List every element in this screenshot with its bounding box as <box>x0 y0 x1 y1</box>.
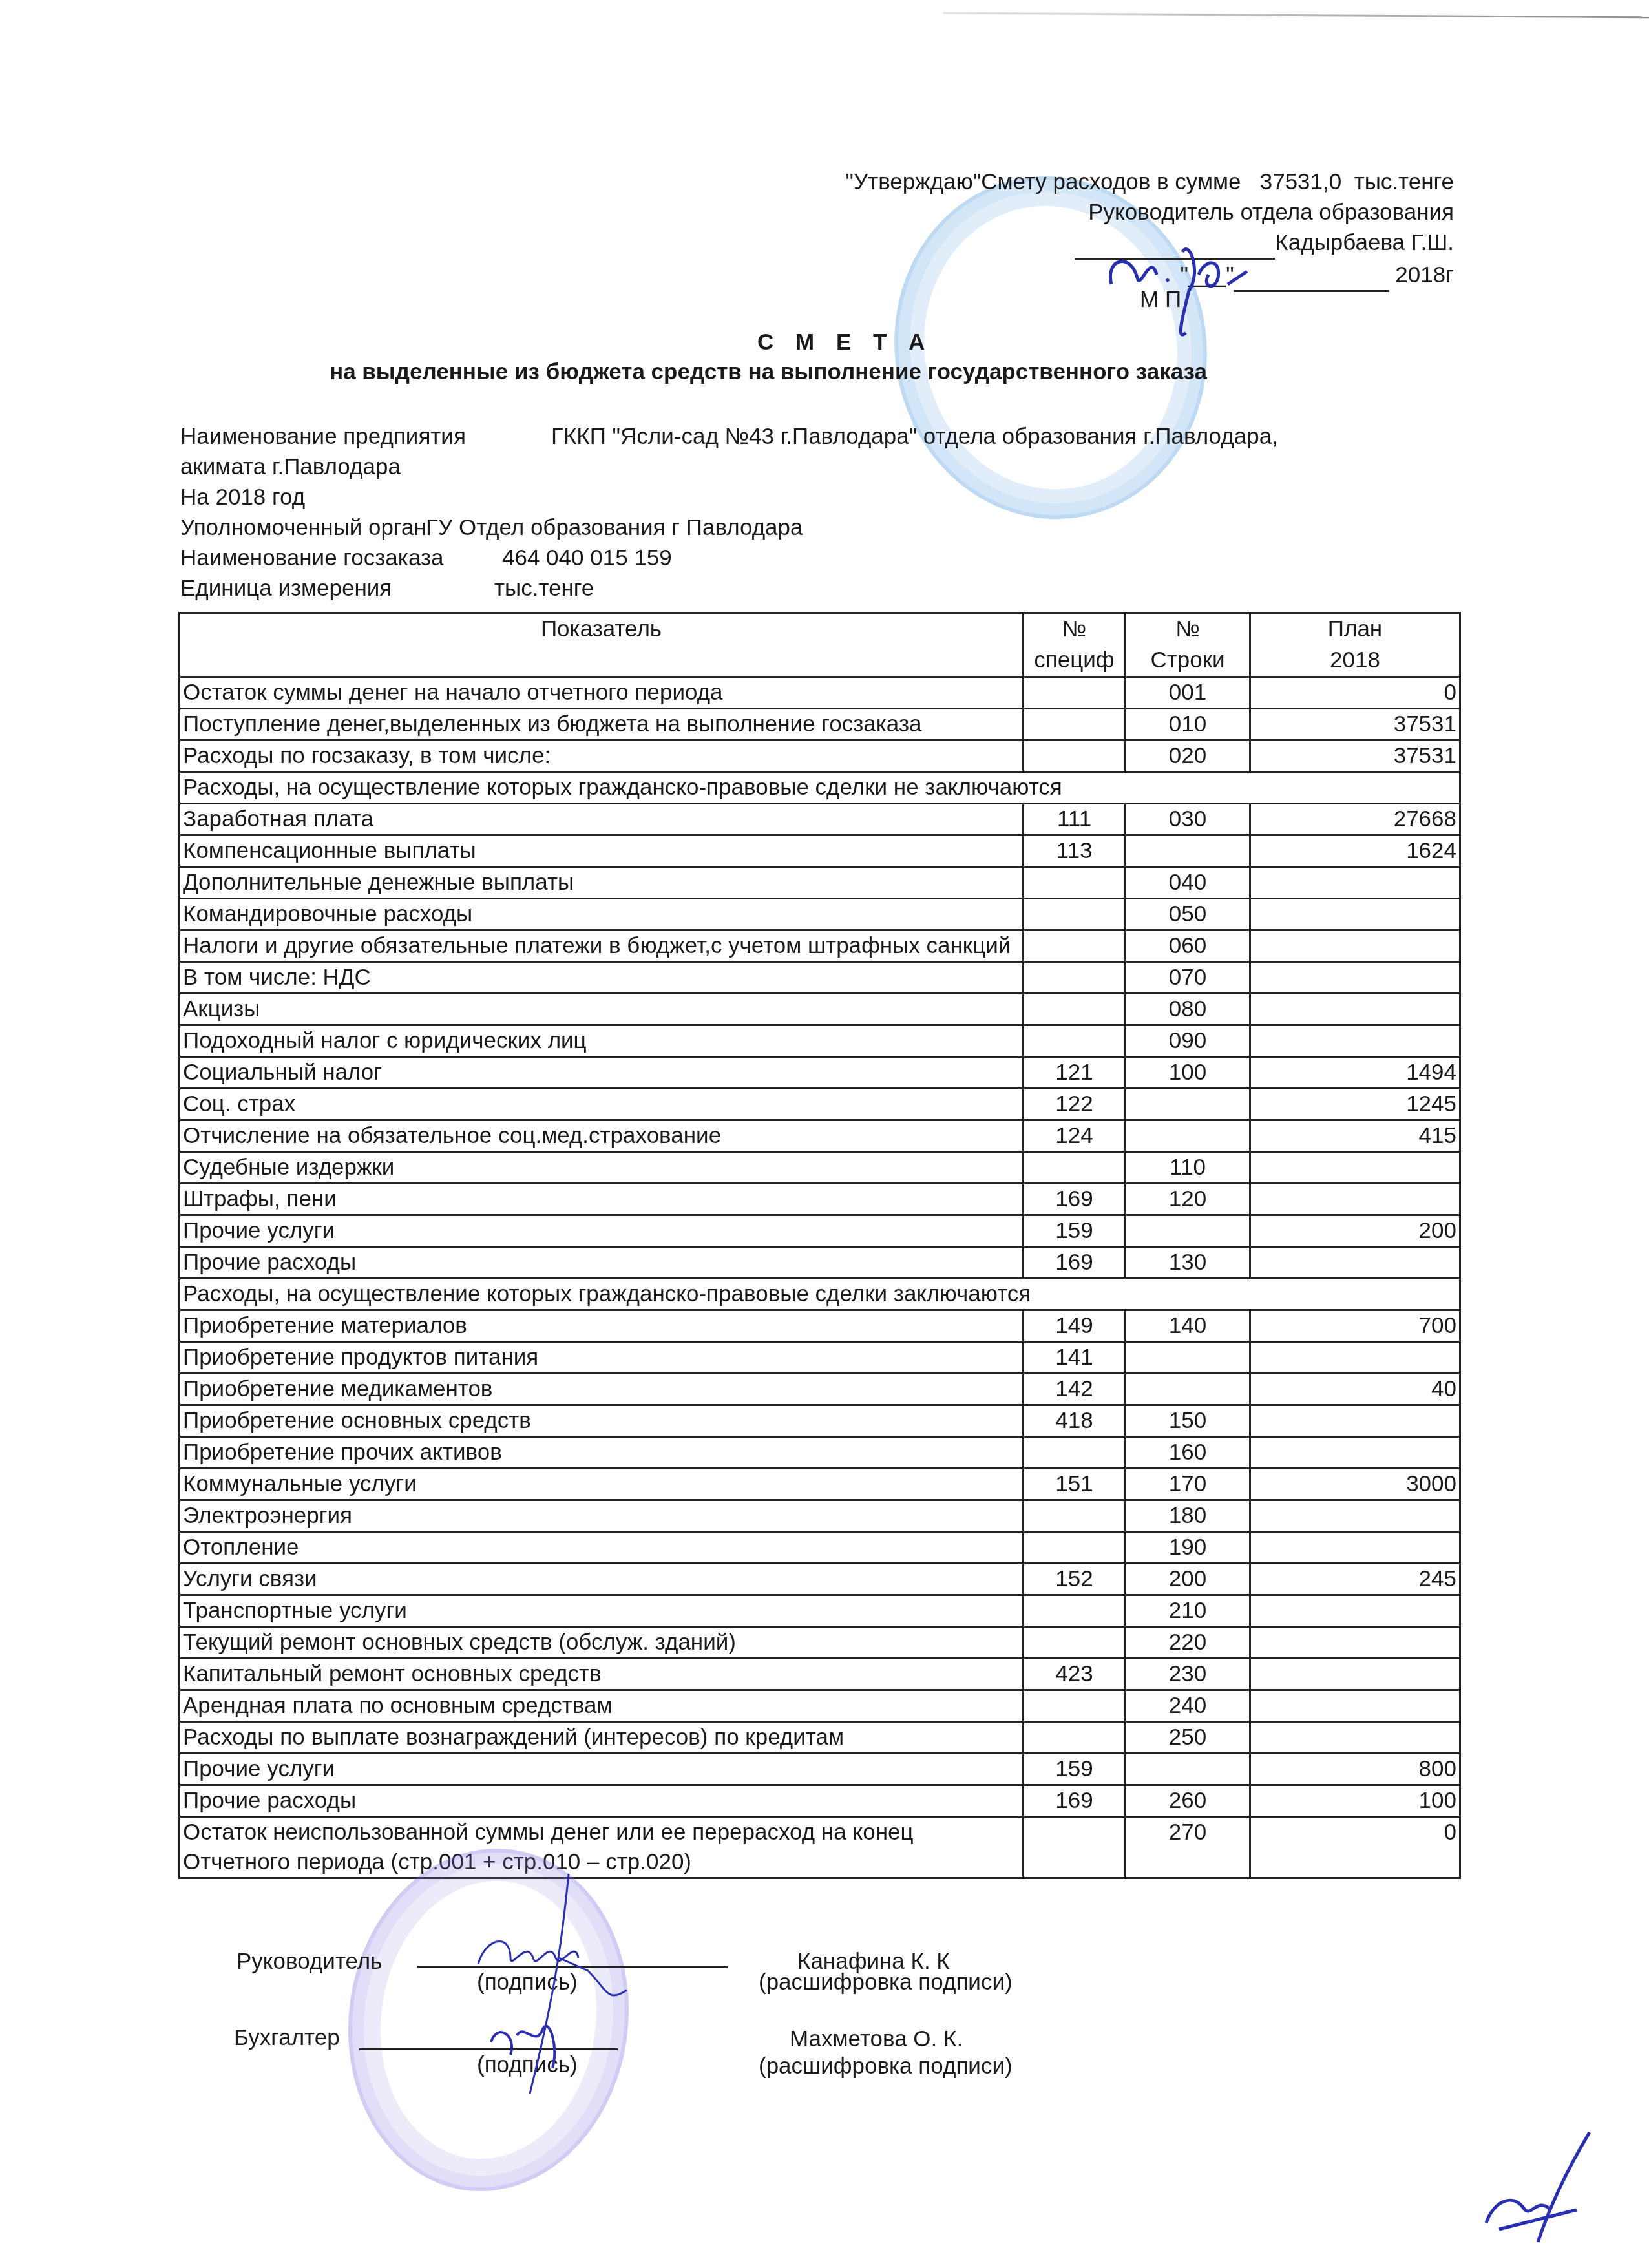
row-indicator: Соц. страх <box>180 1089 1024 1120</box>
row-indicator: В том числе: НДС <box>180 962 1024 994</box>
row-spec-number: 149 <box>1024 1310 1126 1342</box>
budget-table: Показатель №специф №Строки План2018 Оста… <box>178 612 1461 1879</box>
row-plan-value <box>1250 1722 1460 1754</box>
row-indicator: Судебные издержки <box>180 1152 1024 1184</box>
header-plan-top: План <box>1328 616 1382 642</box>
row-plan-value <box>1250 1152 1460 1184</box>
head-signature-note: (подпись) <box>477 1969 578 1995</box>
row-spec-number: 152 <box>1024 1564 1126 1595</box>
table-row: Налоги и другие обязательные платежи в б… <box>180 930 1460 962</box>
approver-signature-line <box>1075 227 1275 260</box>
row-plan-value: 245 <box>1250 1564 1460 1595</box>
accountant-name: Махметова О. К. <box>790 2026 963 2052</box>
order-value: 464 040 015 159 <box>502 543 672 573</box>
row-spec-number <box>1024 677 1126 709</box>
table-row: Коммунальные услуги1511703000 <box>180 1469 1460 1500</box>
row-indicator: Приобретение медикаментов <box>180 1374 1024 1405</box>
table-row: Приобретение продуктов питания141 <box>180 1342 1460 1374</box>
table-row: Акцизы080 <box>180 994 1460 1025</box>
row-spec-number <box>1024 867 1126 899</box>
row-line-number: 260 <box>1126 1785 1250 1817</box>
row-spec-number: 159 <box>1024 1215 1126 1247</box>
official-stamp-bottom <box>326 1831 651 2210</box>
row-spec-number <box>1024 1722 1126 1754</box>
row-spec-number: 169 <box>1024 1785 1126 1817</box>
row-line-number <box>1126 1374 1250 1405</box>
row-indicator: Штрафы, пени <box>180 1184 1024 1215</box>
row-plan-value <box>1250 1342 1460 1374</box>
table-row: Соц. страх1221245 <box>180 1089 1460 1120</box>
row-indicator: Приобретение основных средств <box>180 1405 1024 1437</box>
table-row: Электроэнергия180 <box>180 1500 1460 1532</box>
section-title: Расходы, на осуществление которых гражда… <box>180 772 1460 804</box>
enterprise-label: Наименование предпиятия <box>180 421 551 452</box>
row-indicator: Компенсационные выплаты <box>180 835 1024 867</box>
row-indicator: Отчисление на обязательное соц.мед.страх… <box>180 1120 1024 1152</box>
row-line-number: 270 <box>1126 1817 1250 1878</box>
row-line-number: 010 <box>1126 709 1250 740</box>
header-indicator-label: Показатель <box>541 616 662 642</box>
header-plan: План2018 <box>1250 613 1460 677</box>
row-indicator: Прочие расходы <box>180 1785 1024 1817</box>
row-plan-value <box>1250 1659 1460 1690</box>
row-spec-number <box>1024 994 1126 1025</box>
table-row: Расходы по выплате вознаграждений (интер… <box>180 1722 1460 1754</box>
row-plan-value <box>1250 930 1460 962</box>
row-spec-number <box>1024 1500 1126 1532</box>
table-row: Приобретение прочих активов160 <box>180 1437 1460 1469</box>
accountant-label: Бухгалтер <box>234 2025 340 2051</box>
table-row: Прочие расходы169130 <box>180 1247 1460 1279</box>
row-indicator: Приобретение материалов <box>180 1310 1024 1342</box>
row-plan-value: 40 <box>1250 1374 1460 1405</box>
row-spec-number <box>1024 930 1126 962</box>
header-spec-bottom: специф <box>1034 647 1114 673</box>
row-plan-value: 700 <box>1250 1310 1460 1342</box>
table-row: Текущий ремонт основных средств (обслуж.… <box>180 1627 1460 1659</box>
row-indicator: Подоходный налог с юридических лиц <box>180 1025 1024 1057</box>
table-row: Приобретение материалов149140700 <box>180 1310 1460 1342</box>
approval-amount: 37531,0 <box>1260 169 1342 194</box>
row-indicator: Услуги связи <box>180 1564 1024 1595</box>
row-indicator: Налоги и другие обязательные платежи в б… <box>180 930 1024 962</box>
row-plan-value <box>1250 1025 1460 1057</box>
row-spec-number: 113 <box>1024 835 1126 867</box>
row-spec-number <box>1024 1627 1126 1659</box>
row-plan-value <box>1250 1437 1460 1469</box>
row-indicator: Прочие услуги <box>180 1754 1024 1785</box>
row-spec-number <box>1024 1595 1126 1627</box>
table-row: Дополнительные денежные выплаты040 <box>180 867 1460 899</box>
row-spec-number <box>1024 709 1126 740</box>
table-row: Командировочные расходы050 <box>180 899 1460 930</box>
meta-authority: Уполномоченный органГУ Отдел образования… <box>180 512 1278 543</box>
row-plan-value <box>1250 899 1460 930</box>
table-row: Транспортные услуги210 <box>180 1595 1460 1627</box>
row-line-number <box>1126 1754 1250 1785</box>
table-section-row: Расходы, на осуществление которых гражда… <box>180 1279 1460 1310</box>
approver-name: Кадырбаева Г.Ш. <box>1275 230 1454 255</box>
row-line-number: 001 <box>1126 677 1250 709</box>
row-plan-value: 1494 <box>1250 1057 1460 1089</box>
row-line-number: 130 <box>1126 1247 1250 1279</box>
approval-line: "Утверждаю"Смету расходов в сумме 37531,… <box>845 167 1454 197</box>
row-plan-value <box>1250 1595 1460 1627</box>
row-plan-value: 1245 <box>1250 1089 1460 1120</box>
row-plan-value <box>1250 1500 1460 1532</box>
row-plan-value: 37531 <box>1250 709 1460 740</box>
row-line-number <box>1126 1120 1250 1152</box>
table-row: Компенсационные выплаты1131624 <box>180 835 1460 867</box>
table-row: Отчисление на обязательное соц.мед.страх… <box>180 1120 1460 1152</box>
table-header-row: Показатель №специф №Строки План2018 <box>180 613 1460 677</box>
document-subtitle: на выделенные из бюджета средств на выпо… <box>330 359 1207 385</box>
enterprise-value: ГККП "Ясли-сад №43 г.Павлодара" отдела о… <box>551 421 1278 452</box>
row-plan-value <box>1250 1247 1460 1279</box>
row-line-number: 090 <box>1126 1025 1250 1057</box>
row-spec-number <box>1024 1025 1126 1057</box>
row-indicator: Остаток неиспользованной суммы денег или… <box>180 1817 1024 1878</box>
table-row: В том числе: НДС070 <box>180 962 1460 994</box>
row-line-number <box>1126 835 1250 867</box>
row-indicator: Расходы по госзаказу, в том числе: <box>180 740 1024 772</box>
row-line-number: 040 <box>1126 867 1250 899</box>
row-indicator: Транспортные услуги <box>180 1595 1024 1627</box>
row-spec-number <box>1024 740 1126 772</box>
approval-currency: тыс.тенге <box>1354 169 1454 194</box>
row-line-number <box>1126 1215 1250 1247</box>
row-plan-value <box>1250 994 1460 1025</box>
header-indicator: Показатель <box>180 613 1024 677</box>
table-row: Услуги связи152200245 <box>180 1564 1460 1595</box>
row-indicator: Коммунальные услуги <box>180 1469 1024 1500</box>
row-spec-number: 141 <box>1024 1342 1126 1374</box>
head-decode-note: (расшифровка подписи) <box>759 1969 1013 1995</box>
meta-year: На 2018 год <box>180 482 1278 512</box>
table-section-row: Расходы, на осуществление которых гражда… <box>180 772 1460 804</box>
meta-order: Наименование госзаказа464 040 015 159 <box>180 543 1278 573</box>
section-title: Расходы, на осуществление которых гражда… <box>180 1279 1460 1310</box>
table-row: Капитальный ремонт основных средств42323… <box>180 1659 1460 1690</box>
row-line-number: 220 <box>1126 1627 1250 1659</box>
table-row: Социальный налог1211001494 <box>180 1057 1460 1089</box>
order-label: Наименование госзаказа <box>180 543 502 573</box>
row-line-number: 240 <box>1126 1690 1250 1722</box>
row-line-number: 070 <box>1126 962 1250 994</box>
row-indicator: Дополнительные денежные выплаты <box>180 867 1024 899</box>
table-row: Приобретение медикаментов14240 <box>180 1374 1460 1405</box>
row-plan-value: 0 <box>1250 1817 1460 1878</box>
document-meta: Наименование предпиятияГККП "Ясли-сад №4… <box>180 421 1278 604</box>
table-row: Поступление денег,выделенных из бюджета … <box>180 709 1460 740</box>
row-line-number: 190 <box>1126 1532 1250 1564</box>
row-indicator: Поступление денег,выделенных из бюджета … <box>180 709 1024 740</box>
authority-label: Уполномоченный орган <box>180 512 426 543</box>
table-row: Отопление190 <box>180 1532 1460 1564</box>
row-spec-number: 124 <box>1024 1120 1126 1152</box>
row-line-number: 060 <box>1126 930 1250 962</box>
approver-line: Кадырбаева Г.Ш. <box>845 227 1454 260</box>
row-indicator: Социальный налог <box>180 1057 1024 1089</box>
row-spec-number: 122 <box>1024 1089 1126 1120</box>
row-plan-value <box>1250 962 1460 994</box>
row-spec-number: 169 <box>1024 1247 1126 1279</box>
table-row: Расходы по госзаказу, в том числе:020375… <box>180 740 1460 772</box>
row-indicator: Приобретение продуктов питания <box>180 1342 1024 1374</box>
row-plan-value: 415 <box>1250 1120 1460 1152</box>
row-plan-value <box>1250 867 1460 899</box>
header-line: №Строки <box>1126 613 1250 677</box>
row-line-number: 080 <box>1126 994 1250 1025</box>
approval-day: "___" <box>1180 262 1234 288</box>
row-line-number: 020 <box>1126 740 1250 772</box>
table-row: Прочие услуги159800 <box>180 1754 1460 1785</box>
row-line-number: 150 <box>1126 1405 1250 1437</box>
row-line-number <box>1126 1342 1250 1374</box>
scan-edge-artifact <box>943 12 1649 19</box>
enterprise-value-cont: акимата г.Павлодара <box>180 452 1278 482</box>
row-line-number: 230 <box>1126 1659 1250 1690</box>
row-indicator: Расходы по выплате вознаграждений (интер… <box>180 1722 1024 1754</box>
row-plan-value <box>1250 1184 1460 1215</box>
budget-table-body: Остаток суммы денег на начало отчетного … <box>180 677 1460 1878</box>
table-row: Судебные издержки110 <box>180 1152 1460 1184</box>
row-indicator: Прочие расходы <box>180 1247 1024 1279</box>
row-plan-value: 0 <box>1250 677 1460 709</box>
document-title: С М Е Т А <box>757 330 932 355</box>
row-plan-value: 800 <box>1250 1754 1460 1785</box>
row-spec-number <box>1024 1437 1126 1469</box>
row-plan-value: 3000 <box>1250 1469 1460 1500</box>
accountant-signature-note: (подпись) <box>477 2052 578 2078</box>
head-label: Руководитель <box>236 1949 382 1975</box>
table-row: Арендная плата по основным средствам240 <box>180 1690 1460 1722</box>
row-spec-number <box>1024 899 1126 930</box>
row-indicator: Остаток суммы денег на начало отчетного … <box>180 677 1024 709</box>
row-spec-number: 418 <box>1024 1405 1126 1437</box>
table-row: Подоходный налог с юридических лиц090 <box>180 1025 1460 1057</box>
row-line-number: 100 <box>1126 1057 1250 1089</box>
row-plan-value: 1624 <box>1250 835 1460 867</box>
row-line-number: 200 <box>1126 1564 1250 1595</box>
row-spec-number <box>1024 1532 1126 1564</box>
row-line-number: 210 <box>1126 1595 1250 1627</box>
row-indicator: Арендная плата по основным средствам <box>180 1690 1024 1722</box>
row-indicator: Приобретение прочих активов <box>180 1437 1024 1469</box>
row-line-number: 140 <box>1126 1310 1250 1342</box>
row-spec-number <box>1024 1690 1126 1722</box>
row-plan-value <box>1250 1627 1460 1659</box>
approval-text: "Утверждаю"Смету расходов в сумме <box>845 169 1241 194</box>
approval-month-line <box>1234 260 1389 292</box>
row-indicator: Заработная плата <box>180 804 1024 835</box>
table-row: Приобретение основных средств418150 <box>180 1405 1460 1437</box>
table-row: Остаток суммы денег на начало отчетного … <box>180 677 1460 709</box>
row-spec-number <box>1024 1817 1126 1878</box>
row-plan-value <box>1250 1405 1460 1437</box>
header-spec-top: № <box>1062 616 1087 642</box>
row-spec-number: 151 <box>1024 1469 1126 1500</box>
row-spec-number <box>1024 962 1126 994</box>
row-spec-number: 169 <box>1024 1184 1126 1215</box>
row-indicator: Командировочные расходы <box>180 899 1024 930</box>
row-spec-number <box>1024 1152 1126 1184</box>
row-plan-value <box>1250 1532 1460 1564</box>
header-spec: №специф <box>1024 613 1126 677</box>
row-indicator: Акцизы <box>180 994 1024 1025</box>
row-line-number <box>1126 1089 1250 1120</box>
row-spec-number: 159 <box>1024 1754 1126 1785</box>
row-spec-number: 121 <box>1024 1057 1126 1089</box>
table-row: Прочие расходы169260100 <box>180 1785 1460 1817</box>
meta-enterprise: Наименование предпиятияГККП "Ясли-сад №4… <box>180 421 1278 452</box>
row-spec-number: 142 <box>1024 1374 1126 1405</box>
head-signature-line <box>417 1966 728 1968</box>
row-indicator: Электроэнергия <box>180 1500 1024 1532</box>
row-plan-value: 37531 <box>1250 740 1460 772</box>
approval-block: "Утверждаю"Смету расходов в сумме 37531,… <box>845 167 1454 292</box>
header-line-bottom: Строки <box>1150 647 1224 673</box>
header-plan-bottom: 2018 <box>1330 647 1380 673</box>
table-row: Штрафы, пени169120 <box>180 1184 1460 1215</box>
table-row: Заработная плата11103027668 <box>180 804 1460 835</box>
table-row: Прочие услуги159200 <box>180 1215 1460 1247</box>
row-indicator: Капитальный ремонт основных средств <box>180 1659 1024 1690</box>
row-spec-number: 423 <box>1024 1659 1126 1690</box>
authority-value: ГУ Отдел образования г Павлодара <box>426 512 803 543</box>
row-indicator: Отопление <box>180 1532 1024 1564</box>
row-line-number: 120 <box>1126 1184 1250 1215</box>
row-plan-value: 100 <box>1250 1785 1460 1817</box>
meta-unit: Единица измерениятыс.тенге <box>180 573 1278 604</box>
row-indicator: Прочие услуги <box>180 1215 1024 1247</box>
row-line-number: 030 <box>1126 804 1250 835</box>
table-row: Остаток неиспользованной суммы денег или… <box>180 1817 1460 1878</box>
row-plan-value: 200 <box>1250 1215 1460 1247</box>
header-line-top: № <box>1175 616 1200 642</box>
row-spec-number: 111 <box>1024 804 1126 835</box>
row-plan-value <box>1250 1690 1460 1722</box>
row-line-number: 180 <box>1126 1500 1250 1532</box>
unit-label: Единица измерения <box>180 573 494 604</box>
row-line-number: 110 <box>1126 1152 1250 1184</box>
margin-initials-icon <box>1473 2126 1602 2255</box>
row-indicator: Текущий ремонт основных средств (обслуж.… <box>180 1627 1024 1659</box>
row-line-number: 050 <box>1126 899 1250 930</box>
accountant-signature-line <box>359 2048 618 2050</box>
row-plan-value: 27668 <box>1250 804 1460 835</box>
accountant-decode-note: (расшифровка подписи) <box>759 2053 1013 2079</box>
approver-position: Руководитель отдела образования <box>845 197 1454 227</box>
row-line-number: 250 <box>1126 1722 1250 1754</box>
approval-year: 2018г <box>1395 262 1454 288</box>
stamp-place-mark: М П <box>1140 287 1181 313</box>
row-line-number: 160 <box>1126 1437 1250 1469</box>
unit-value: тыс.тенге <box>494 573 594 604</box>
row-line-number: 170 <box>1126 1469 1250 1500</box>
